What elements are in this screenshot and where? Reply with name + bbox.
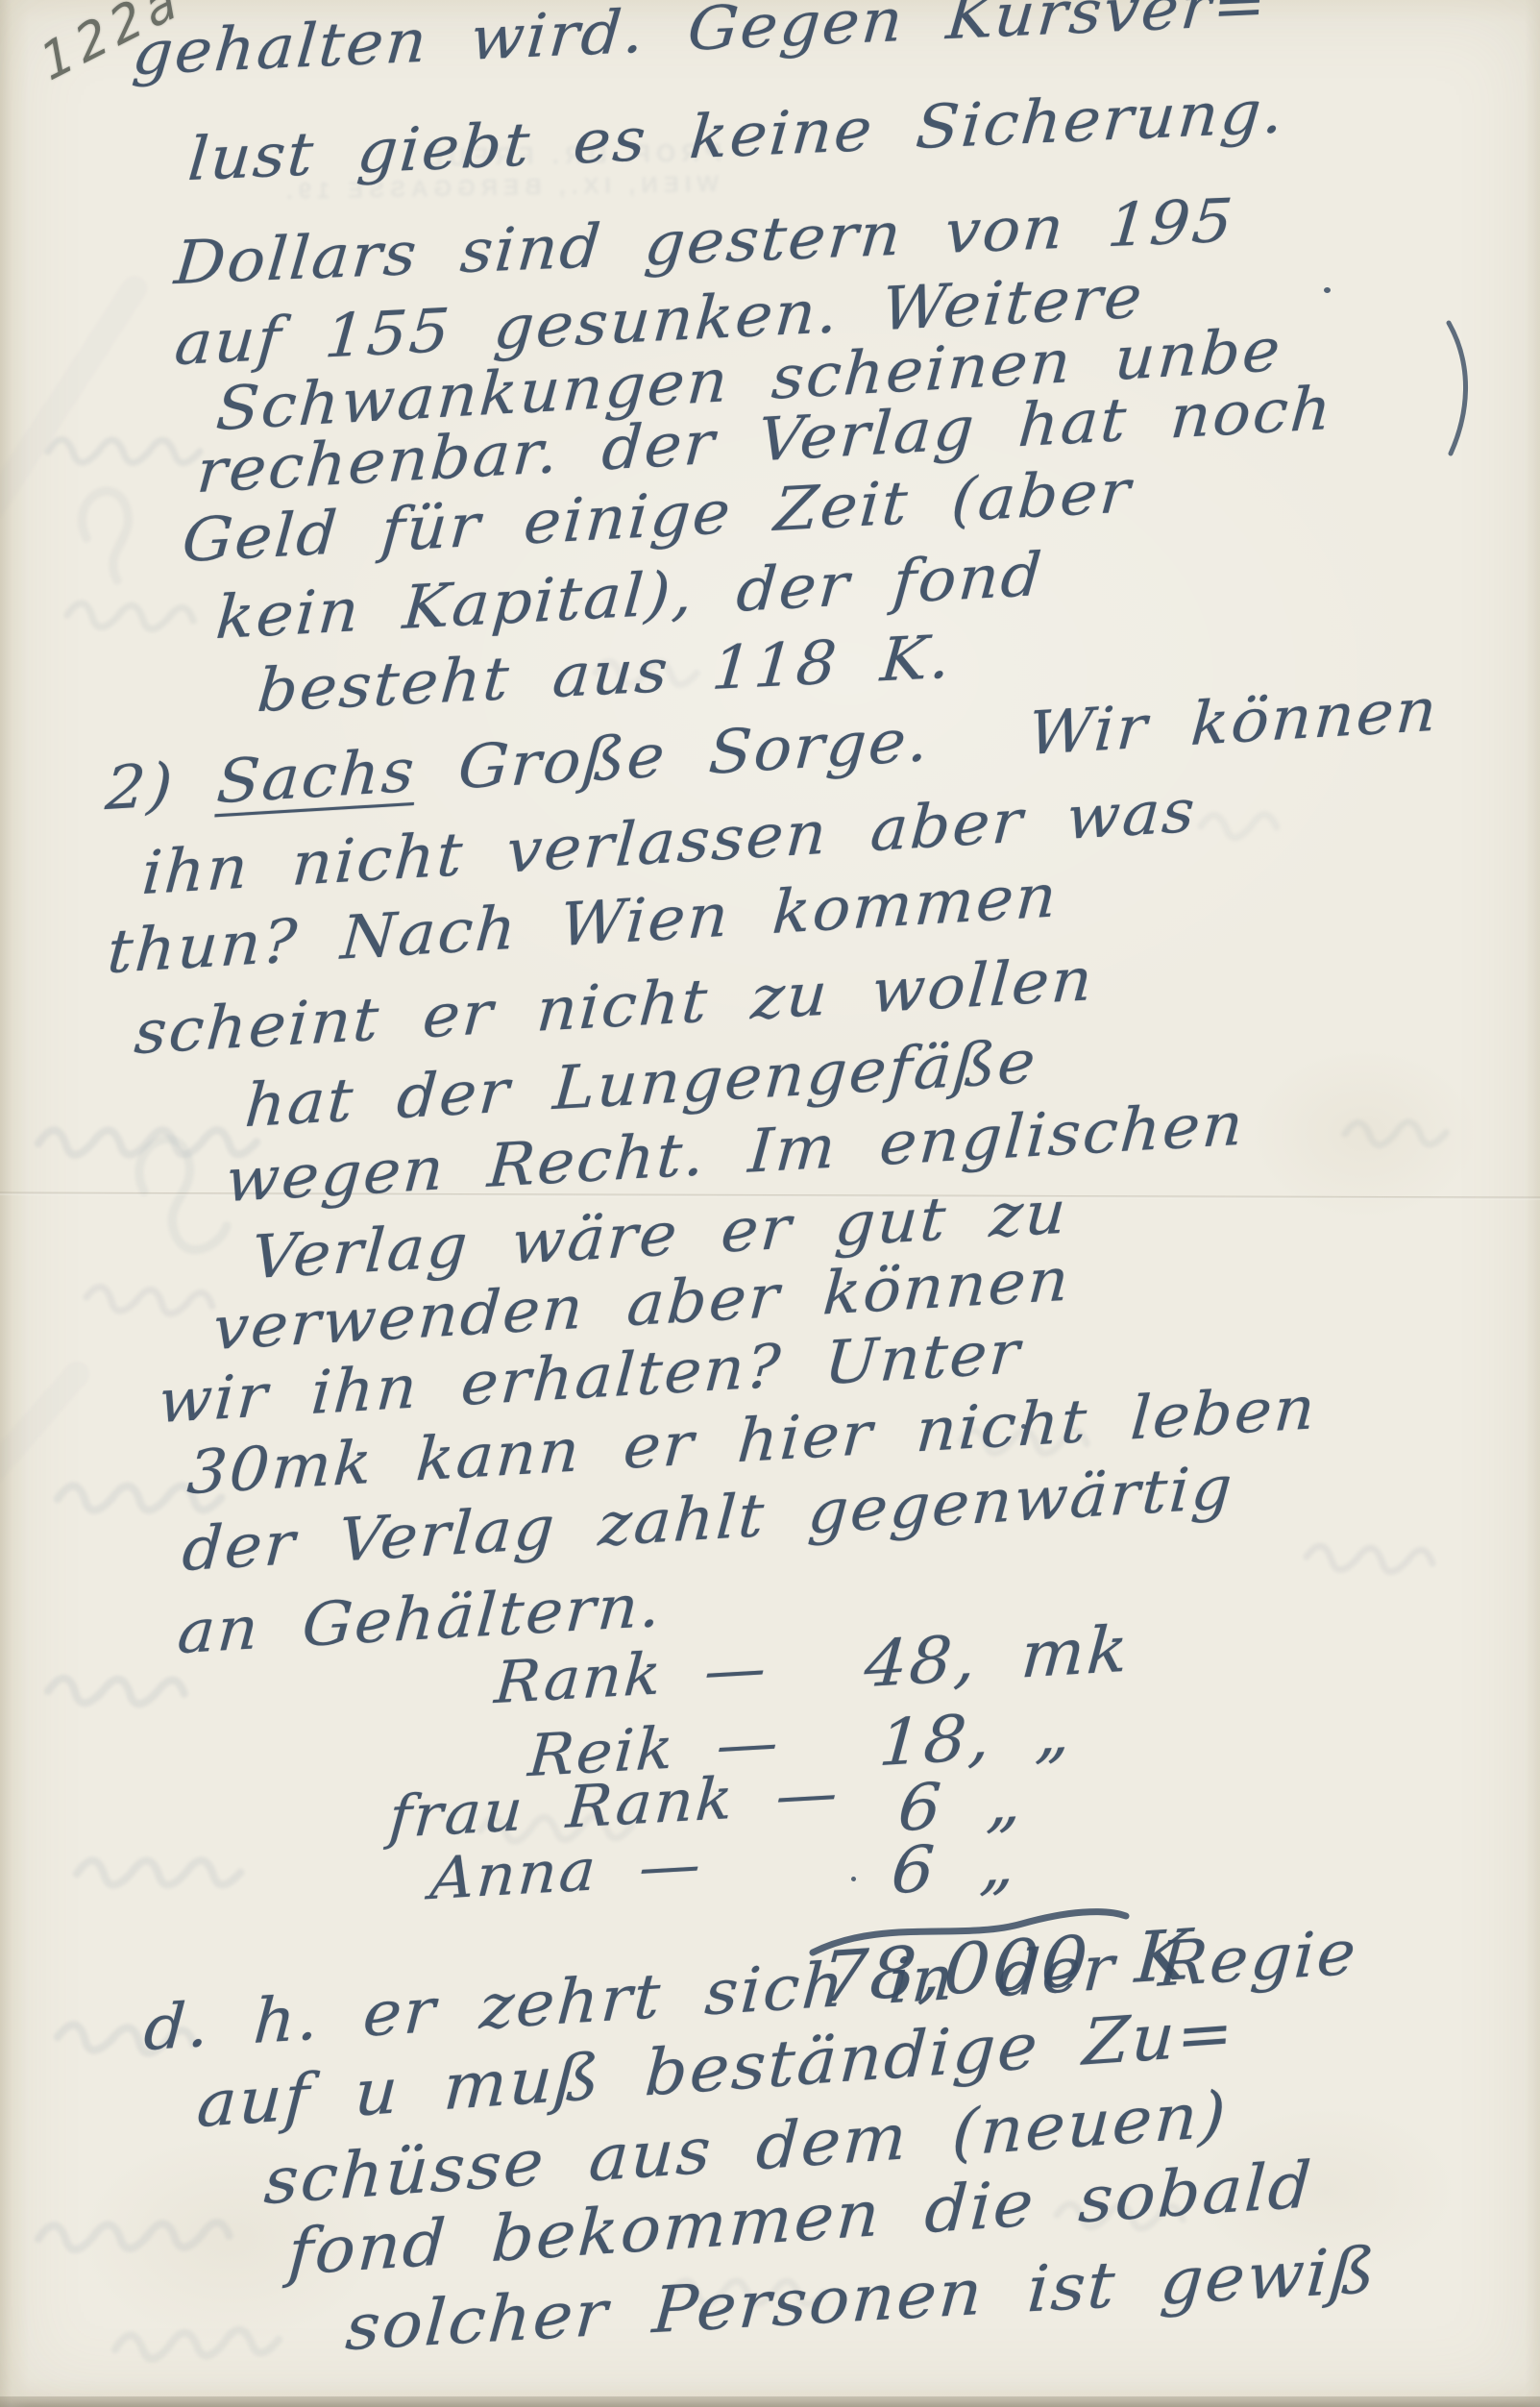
ink-speck [851,1877,856,1881]
salary-row-amount: 48, mk [863,1617,1132,1697]
weitere-slash-flourish [1449,323,1466,454]
letter-page: 122a PROF. DR. FREUD WIEN, IX., BERGGASS… [0,0,1540,2407]
salary-row-amount: 18, „ [877,1701,1074,1776]
manuscript-line: gehalten wird. Gegen Kursver= [131,0,1271,84]
ink-speck [1324,287,1331,293]
salary-row-name: frau Rank — [387,1764,842,1848]
salary-row-amount: 6 „ [890,1832,1019,1903]
manuscript-line: lust giebt es keine Sicherung. [186,82,1287,189]
line-segment: 2) [104,747,219,823]
salary-row-name: Anna — [428,1835,704,1908]
paper-bottom-edge [0,2396,1540,2407]
underlined-word: Sachs [214,735,418,818]
salary-row-name: Rank — [493,1639,770,1712]
